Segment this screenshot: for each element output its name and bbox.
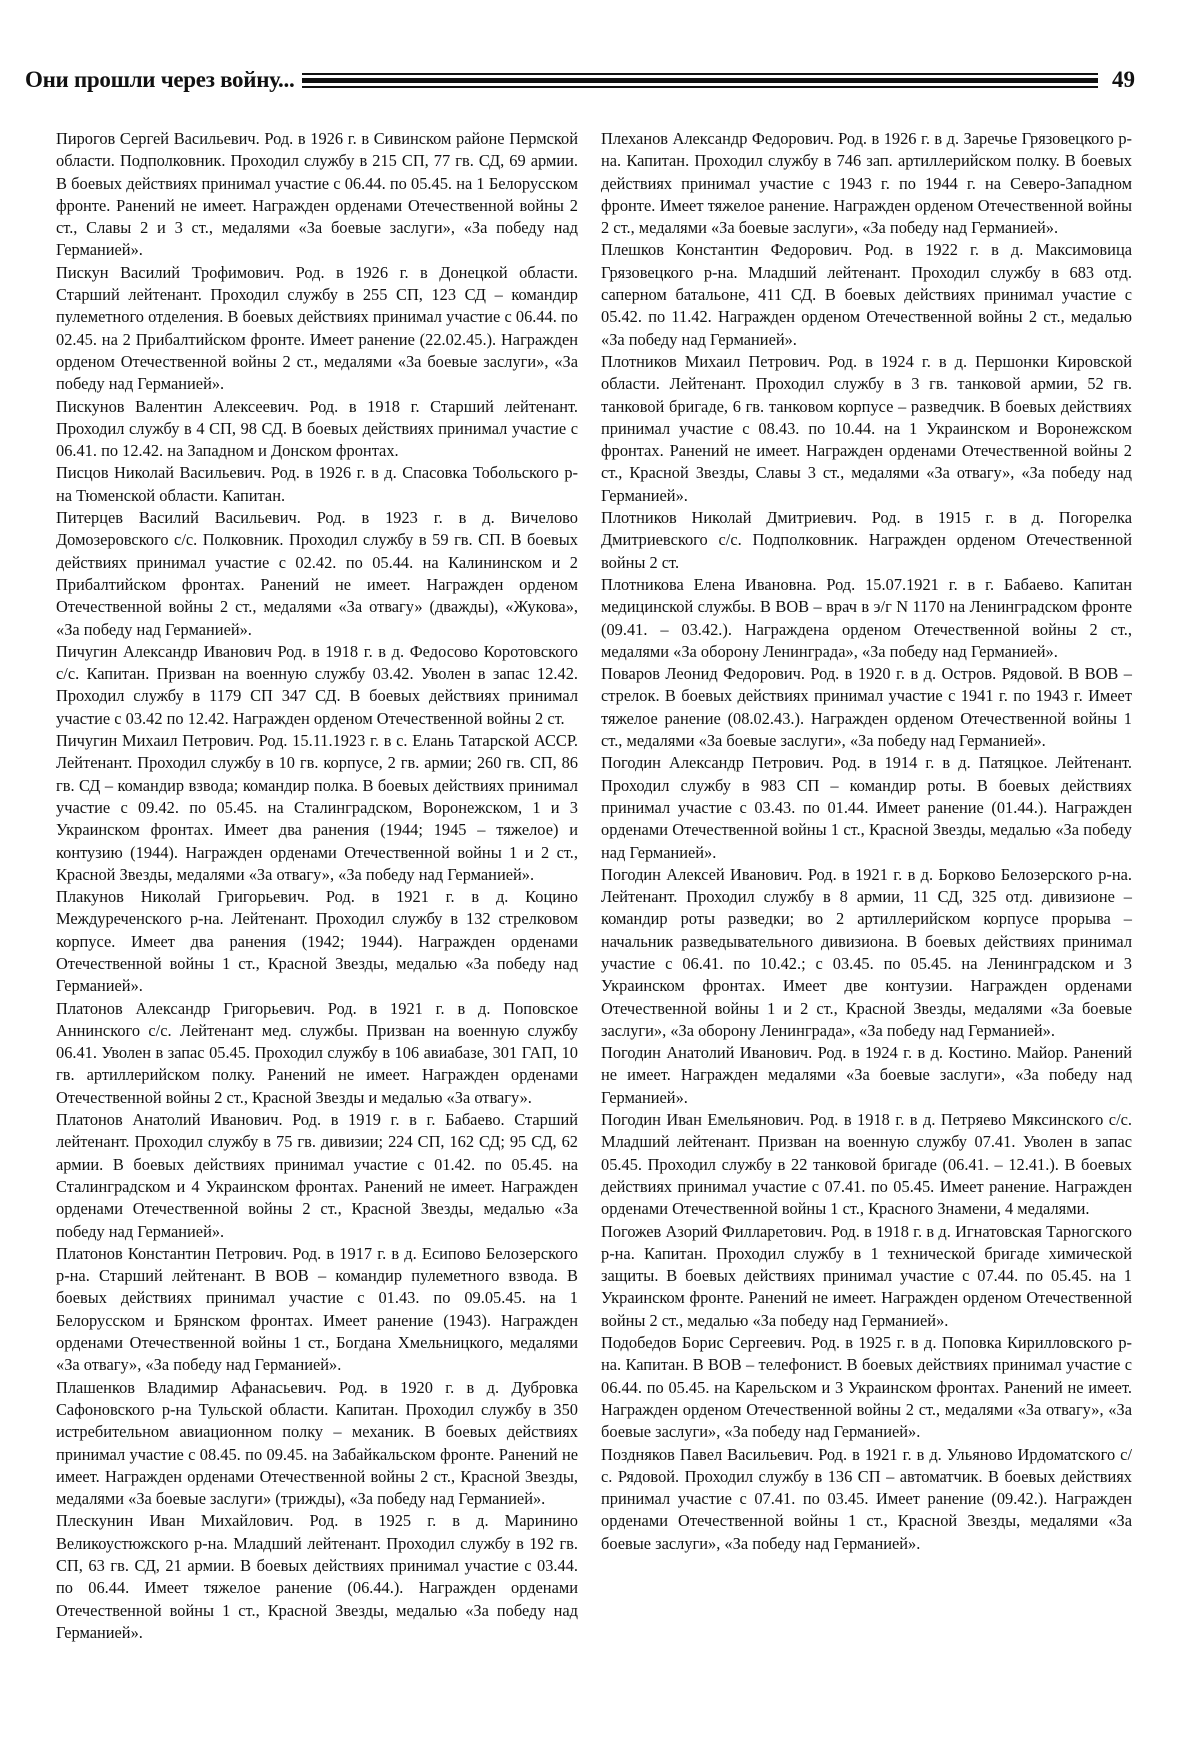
left-column: Пирогов Сергей Васильевич. Род. в 1926 г… xyxy=(56,128,578,1644)
biography-entry: Пискунов Валентин Алексеевич. Род. в 191… xyxy=(56,396,578,463)
header-rule xyxy=(302,69,1098,91)
biography-entry: Пирогов Сергей Васильевич. Род. в 1926 г… xyxy=(56,128,578,262)
biography-entry: Плешков Константин Федорович. Род. в 192… xyxy=(601,239,1132,350)
right-column: Плеханов Александр Федорович. Род. в 192… xyxy=(601,128,1132,1555)
page-number: 49 xyxy=(1112,67,1135,93)
biography-entry: Платонов Александр Григорьевич. Род. в 1… xyxy=(56,998,578,1109)
biography-entry: Пичугин Михаил Петрович. Род. 15.11.1923… xyxy=(56,730,578,886)
biography-entry: Плотников Николай Дмитриевич. Род. в 191… xyxy=(601,507,1132,574)
header-rule-line xyxy=(302,86,1098,88)
biography-entry: Плотников Михаил Петрович. Род. в 1924 г… xyxy=(601,351,1132,507)
biography-entry: Пискун Василий Трофимович. Род. в 1926 г… xyxy=(56,262,578,396)
biography-entry: Погодин Иван Емельянович. Род. в 1918 г.… xyxy=(601,1109,1132,1220)
page-header: Они прошли через войну... 49 xyxy=(25,62,1135,98)
biography-entry: Поваров Леонид Федорович. Род. в 1920 г.… xyxy=(601,663,1132,752)
biography-entry: Питерцев Василий Васильевич. Род. в 1923… xyxy=(56,507,578,641)
biography-entry: Подобедов Борис Сергеевич. Род. в 1925 г… xyxy=(601,1332,1132,1443)
biography-entry: Платонов Анатолий Иванович. Род. в 1919 … xyxy=(56,1109,578,1243)
biography-entry: Плакунов Николай Григорьевич. Род. в 192… xyxy=(56,886,578,997)
biography-entry: Погодин Анатолий Иванович. Род. в 1924 г… xyxy=(601,1042,1132,1109)
biography-entry: Погодин Алексей Иванович. Род. в 1921 г.… xyxy=(601,864,1132,1042)
running-title: Они прошли через войну... xyxy=(25,67,294,93)
biography-entry: Писцов Николай Васильевич. Род. в 1926 г… xyxy=(56,462,578,507)
biography-entry: Плотникова Елена Ивановна. Род. 15.07.19… xyxy=(601,574,1132,663)
header-rule-line xyxy=(302,73,1098,75)
biography-entry: Платонов Константин Петрович. Род. в 191… xyxy=(56,1243,578,1377)
biography-entry: Плеханов Александр Федорович. Род. в 192… xyxy=(601,128,1132,239)
biography-entry: Погожев Азорий Филларетович. Род. в 1918… xyxy=(601,1221,1132,1332)
biography-entry: Плескунин Иван Михайлович. Род. в 1925 г… xyxy=(56,1510,578,1644)
biography-entry: Погодин Александр Петрович. Род. в 1914 … xyxy=(601,752,1132,863)
biography-entry: Плашенков Владимир Афанасьевич. Род. в 1… xyxy=(56,1377,578,1511)
biography-entry: Поздняков Павел Васильевич. Род. в 1921 … xyxy=(601,1444,1132,1555)
biography-entry: Пичугин Александр Иванович Род. в 1918 г… xyxy=(56,641,578,730)
header-rule-line xyxy=(302,78,1098,83)
